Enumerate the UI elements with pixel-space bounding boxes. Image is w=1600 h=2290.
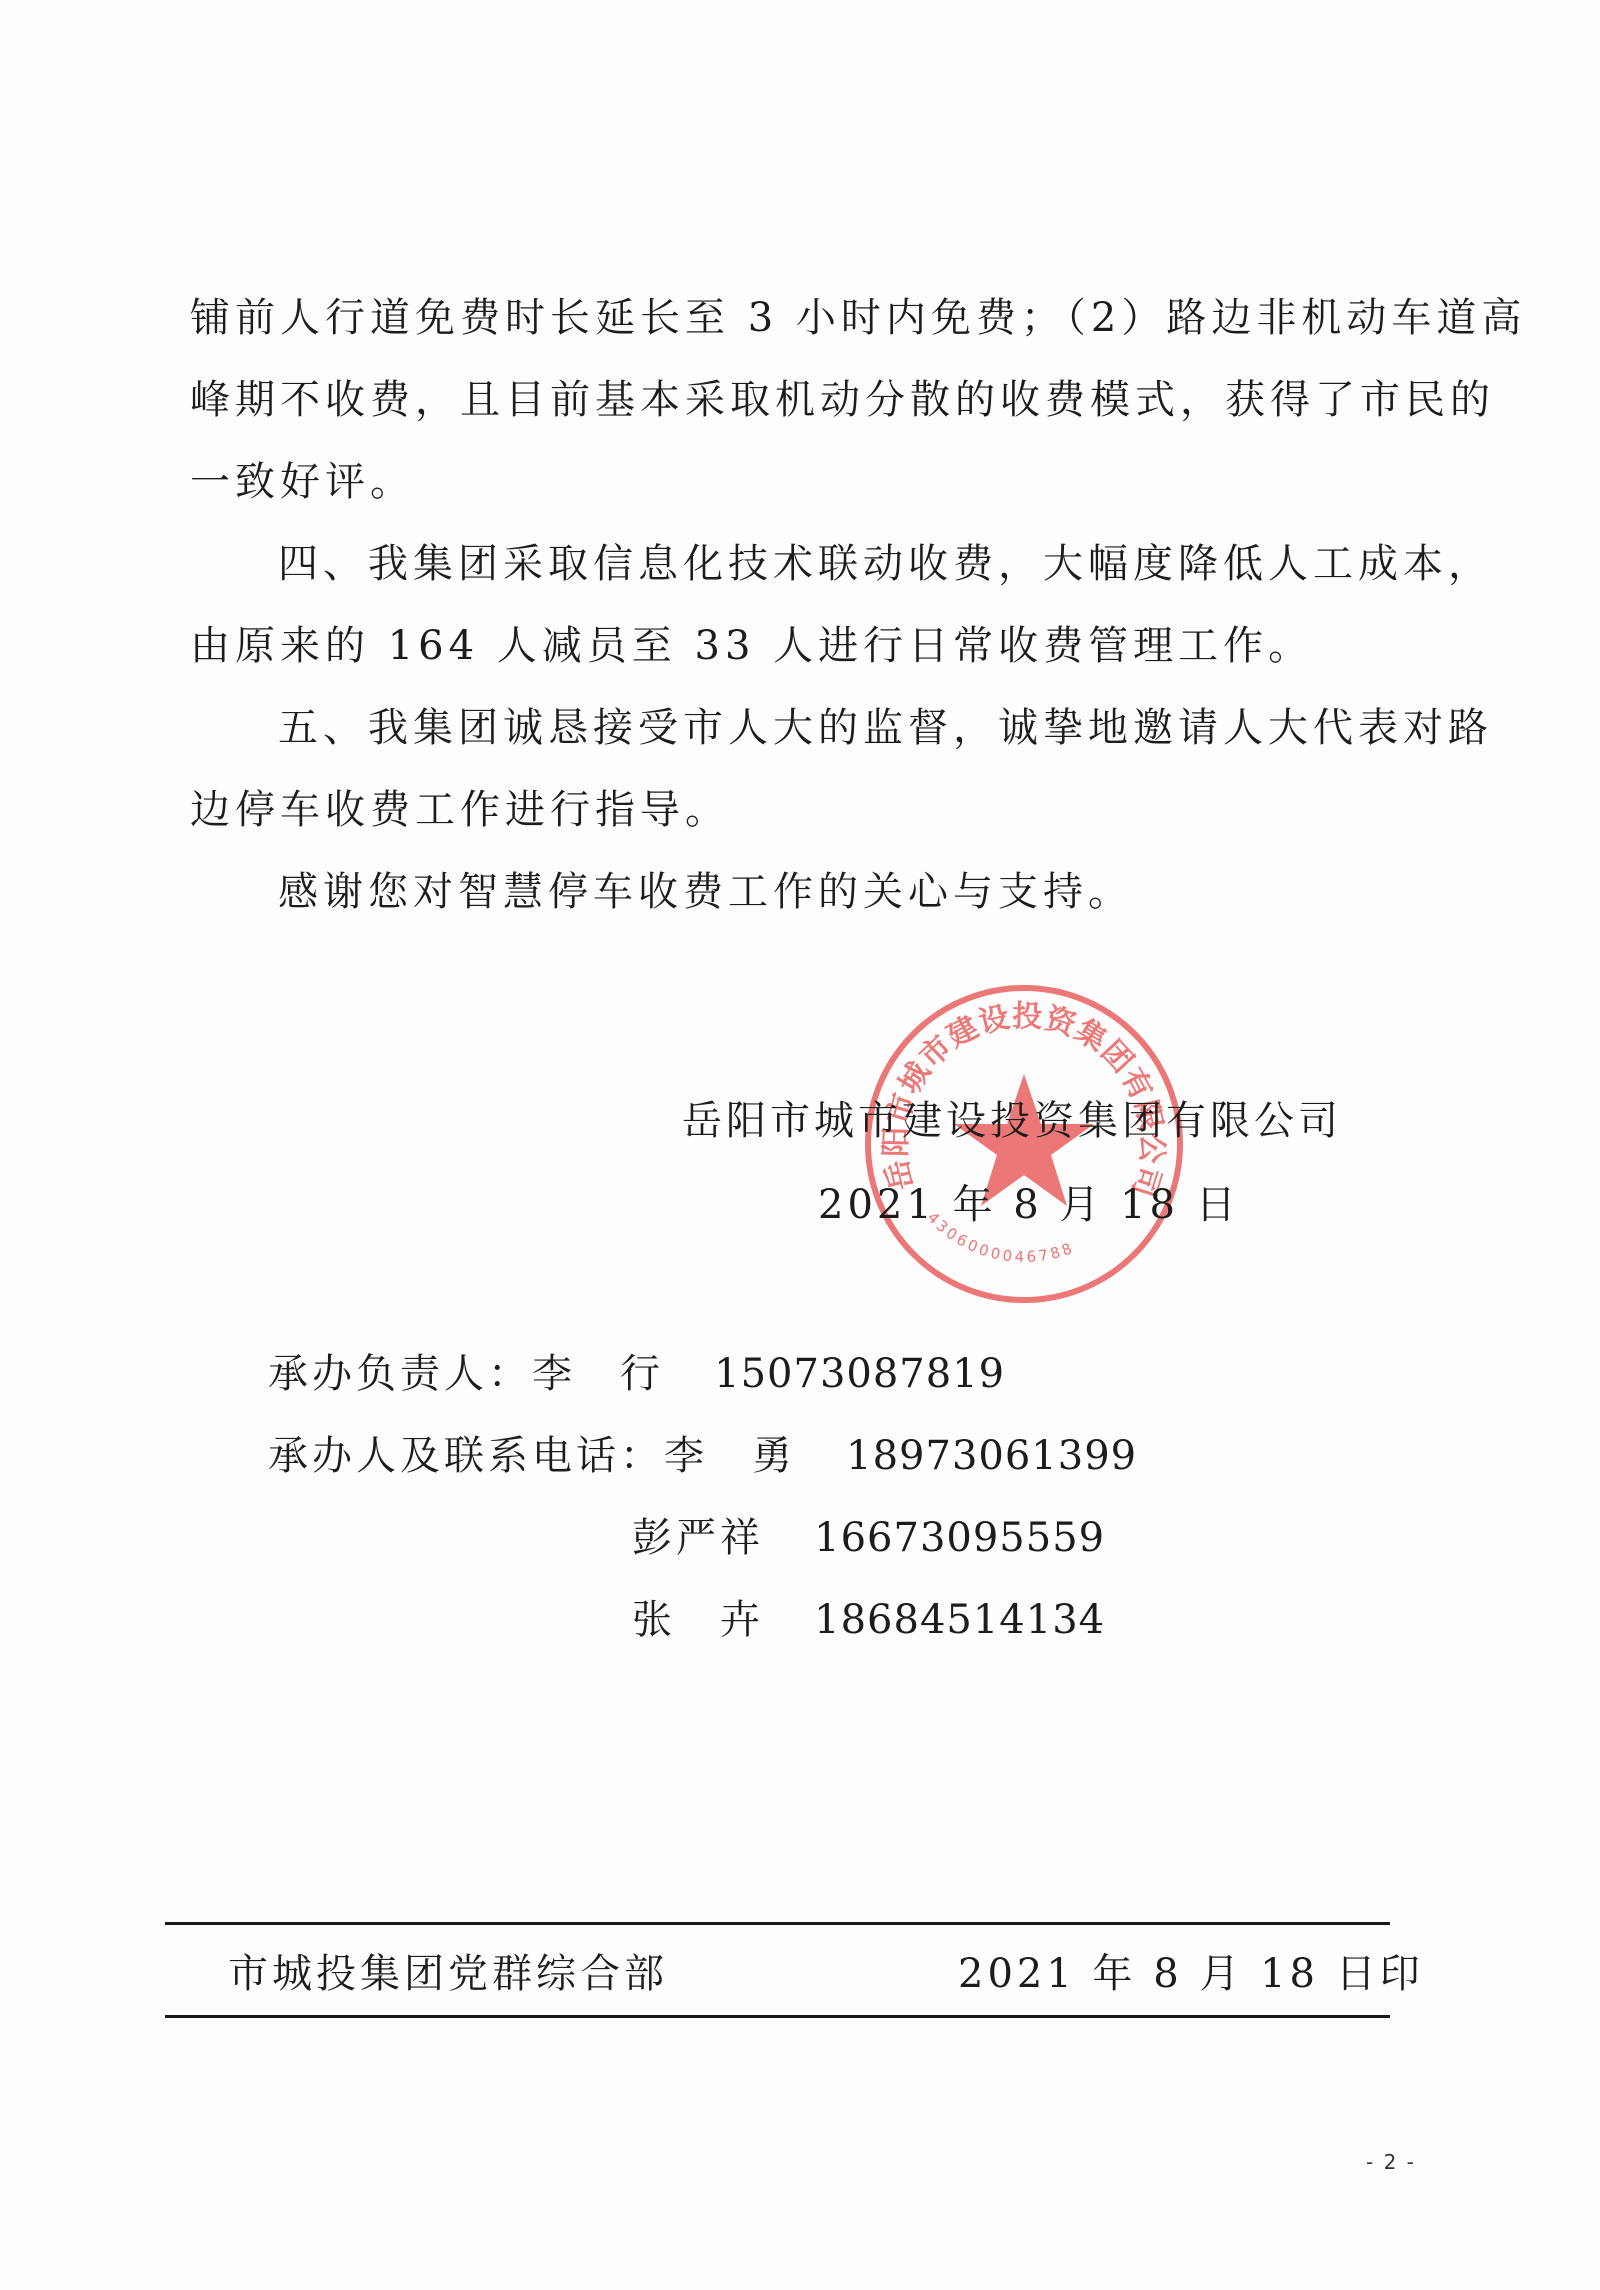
handler-phone-1: 18973061399 — [846, 1432, 1137, 1480]
handler-phone-2: 16673095559 — [814, 1514, 1105, 1562]
body-line-3: 一致好评。 — [190, 458, 415, 506]
body-line-1: 铺前人行道免费时长延长至 3 小时内免费；（2）路边非机动车道高 — [190, 294, 1526, 342]
handler-phone-3: 18684514134 — [814, 1596, 1105, 1644]
handler-row-3: 张 卉 18684514134 — [632, 1596, 1105, 1644]
body-line-4: 四、我集团采取信息化技术联动收费，大幅度降低人工成本， — [278, 540, 1493, 588]
handler-name-1: 李 勇 — [664, 1432, 796, 1480]
responsible-phone: 15073087819 — [714, 1350, 1005, 1398]
body-line-5: 由原来的 164 人减员至 33 人进行日常收费管理工作。 — [190, 622, 1313, 670]
handler-row-2: 彭严祥 16673095559 — [632, 1514, 1105, 1562]
handler-label: 承办人及联系电话： — [268, 1433, 664, 1479]
body-line-6: 五、我集团诚恳接受市人大的监督，诚挚地邀请人大代表对路 — [278, 704, 1493, 752]
body-line-7: 边停车收费工作进行指导。 — [190, 786, 730, 834]
responsible-person-row: 承办负责人：李 行 15073087819 — [268, 1350, 1005, 1398]
responsible-label: 承办负责人： — [268, 1351, 532, 1397]
footer-department: 市城投集团党群综合部 — [228, 1950, 668, 1998]
footer-print-date: 2021 年 8 月 18 日印 — [958, 1950, 1424, 1998]
signature-date: 2021 年 8 月 18 日 — [818, 1181, 1240, 1229]
handler-name-2: 彭严祥 — [632, 1514, 764, 1562]
footer-top-rule — [165, 1922, 1390, 1925]
document-page: 铺前人行道免费时长延长至 3 小时内免费；（2）路边非机动车道高 峰期不收费，且… — [0, 0, 1600, 2290]
body-line-2: 峰期不收费，且目前基本采取机动分散的收费模式，获得了市民的 — [190, 376, 1495, 424]
page-number: - 2 - — [1366, 2150, 1416, 2174]
body-line-8: 感谢您对智慧停车收费工作的关心与支持。 — [278, 868, 1133, 916]
handler-row-1: 承办人及联系电话：李 勇 18973061399 — [268, 1432, 1137, 1480]
footer-bottom-rule — [165, 2015, 1390, 2018]
handler-name-3: 张 卉 — [632, 1596, 764, 1644]
signature-organization: 岳阳市城市建设投资集团有限公司 — [682, 1097, 1342, 1145]
responsible-name: 李 行 — [532, 1350, 664, 1398]
